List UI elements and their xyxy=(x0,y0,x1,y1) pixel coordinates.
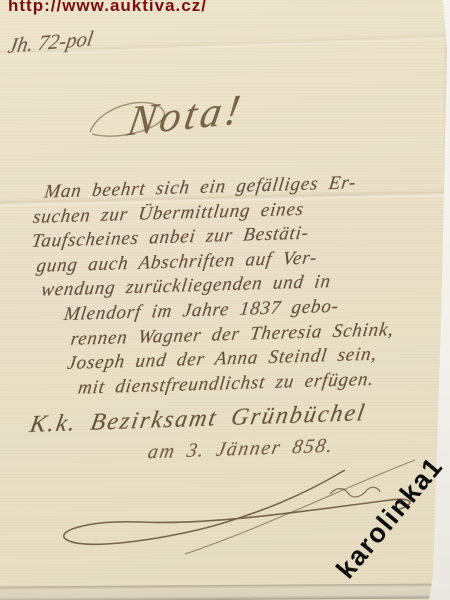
bottom-fold-strip xyxy=(0,583,450,600)
scanned-letter: http://www.auktiva.cz/ Jh. 72-pol Nota! … xyxy=(0,0,450,600)
auktiva-url-stamp: http://www.auktiva.cz/ xyxy=(8,0,207,16)
letter-body: Man beehrt sich ein gefälliges Er- suche… xyxy=(28,169,434,402)
paper-edge-shadow xyxy=(438,0,450,600)
